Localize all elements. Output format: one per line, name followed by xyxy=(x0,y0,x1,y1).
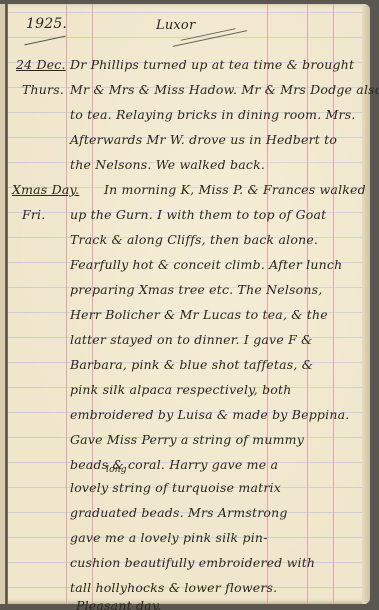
diary-page: 1925. Luxor 24 Dec. Thurs. Dr Phillips t… xyxy=(0,4,370,604)
entry-line: Track & along Cliffs, then back alone. xyxy=(70,232,318,247)
year-heading: 1925. xyxy=(26,16,67,32)
entry-line: tall hollyhocks & lower flowers. xyxy=(70,580,277,595)
entry-line: to tea. Relaying bricks in dining room. … xyxy=(70,107,356,122)
margin-line-1 xyxy=(66,4,67,604)
insertion-caret-text: long xyxy=(106,465,127,475)
entry-line: Mr & Mrs & Miss Hadow. Mr & Mrs Dodge al… xyxy=(70,82,379,97)
entry-line: Afterwards Mr W. drove us in Hedbert to xyxy=(70,132,337,147)
entry-date: 24 Dec. xyxy=(16,57,66,72)
entry-day: Thurs. xyxy=(22,82,64,97)
entry-line: Fearfully hot & conceit climb. After lun… xyxy=(70,257,342,272)
entry-line: Pleasant day. xyxy=(76,598,162,610)
entry-line: embroidered by Luisa & made by Beppina. xyxy=(70,407,349,422)
entry-line: beads & coral. Harry gave me a xyxy=(70,457,278,472)
entry-line: Dr Phillips turned up at tea time & brou… xyxy=(70,57,354,72)
entry-line: the Nelsons. We walked back. xyxy=(70,157,265,172)
book-binding xyxy=(5,4,8,604)
entry-line: pink silk alpaca respectively, both xyxy=(70,382,292,397)
entry-line: latter stayed on to dinner. I gave F & xyxy=(70,332,312,347)
entry-line: Barbara, pink & blue shot taffetas, & xyxy=(70,357,313,372)
entry-line: up the Gurn. I with them to top of Goat xyxy=(70,207,326,222)
entry-line: gave me a lovely pink silk pin- xyxy=(70,530,268,545)
place-heading: Luxor xyxy=(156,18,195,33)
entry-line: preparing Xmas tree etc. The Nelsons, xyxy=(70,282,322,297)
entry-line: cushion beautifully embroidered with xyxy=(70,555,315,570)
entry-date: Xmas Day. xyxy=(12,182,79,197)
entry-day: Fri. xyxy=(22,207,45,222)
entry-line: Herr Bolicher & Mr Lucas to tea, & the xyxy=(70,307,328,322)
entry-line: lovely string of turquoise matrix xyxy=(70,480,281,495)
entry-line: graduated beads. Mrs Armstrong xyxy=(70,505,288,520)
year-underline xyxy=(24,36,65,46)
entry-line: Gave Miss Perry a string of mummy xyxy=(70,432,304,447)
entry-line: In morning K, Miss P. & Frances walked xyxy=(104,182,366,197)
